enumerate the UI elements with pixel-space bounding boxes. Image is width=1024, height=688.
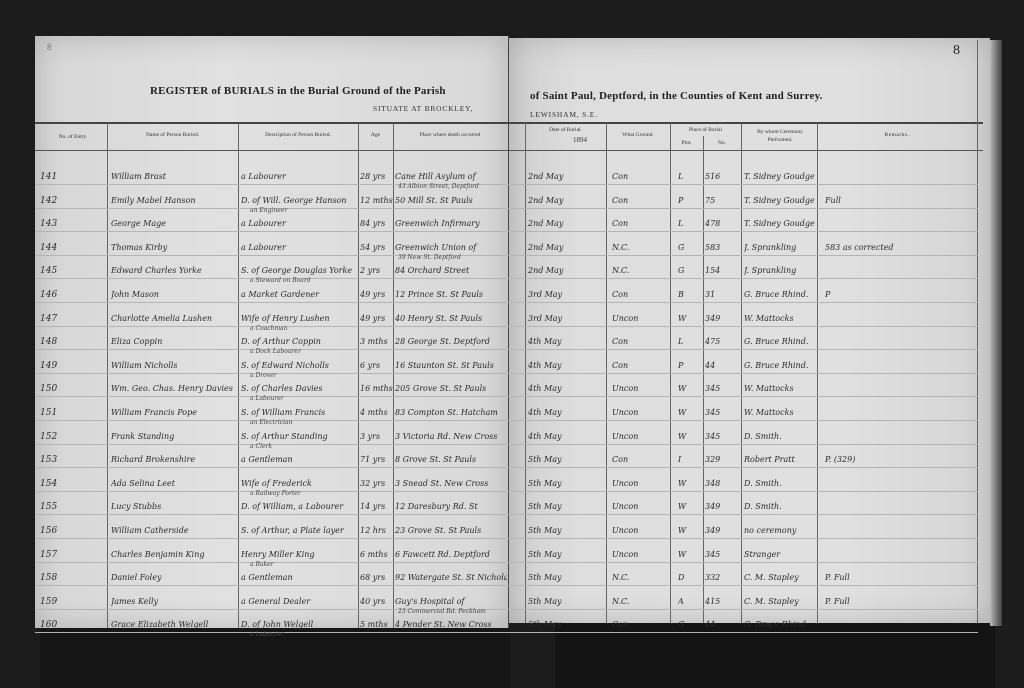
ground: Con — [612, 196, 668, 206]
header-place: Place where death occurred — [393, 131, 507, 139]
officiant: W. Mattocks — [744, 314, 819, 324]
entry-number: 151 — [40, 408, 100, 418]
description: D. of Arthur Coppin — [241, 337, 358, 347]
officiant: Stranger — [744, 550, 819, 560]
officiant: D. Smith. — [744, 479, 819, 489]
ground: Con — [612, 361, 668, 371]
age: 40 yrs — [360, 597, 393, 607]
ground: Uncon — [612, 526, 668, 536]
corner-mark: 8 — [47, 42, 52, 52]
place-of-death: Greenwich Union of — [395, 243, 507, 253]
remarks: P. Full — [825, 573, 975, 583]
plot: L — [678, 219, 702, 229]
burial-date: 4th May — [528, 432, 604, 442]
description: D. of Will. George Hanson — [241, 196, 358, 206]
plot: W — [678, 526, 702, 536]
plot-number: 154 — [705, 266, 739, 276]
place-of-death: Greenwich Infirmary — [395, 219, 507, 229]
place-of-death: 28 George St. Deptford — [395, 337, 507, 347]
entry-number: 160 — [40, 620, 100, 630]
age: 16 mths — [360, 384, 393, 394]
plot: I — [678, 455, 702, 465]
plot-number: 516 — [705, 172, 739, 182]
remarks: Full — [825, 196, 975, 206]
header-description: Description of Person Buried. — [238, 131, 358, 139]
ground: Con — [612, 620, 668, 630]
row-rule — [35, 302, 978, 303]
row-rule — [35, 208, 978, 209]
header-entry: No. of Entry — [40, 133, 105, 141]
entry-number: 156 — [40, 526, 100, 536]
description: Henry Miller King — [241, 550, 358, 560]
person-name: Eliza Coppin — [111, 337, 236, 347]
ground: N.C. — [612, 573, 668, 583]
burial-date: 5th May — [528, 455, 604, 465]
ground: N.C. — [612, 597, 668, 607]
age: 84 yrs — [360, 219, 393, 229]
place-of-death: 12 Daresbury Rd. St — [395, 502, 507, 512]
burial-date: 2nd May — [528, 196, 604, 206]
burial-date: 4th May — [528, 408, 604, 418]
ground: Uncon — [612, 432, 668, 442]
age: 14 yrs — [360, 502, 393, 512]
ground: Con — [612, 337, 668, 347]
description-sub: a Dock Labourer — [250, 347, 355, 357]
header-by-whom: By whom Ceremony Performed. — [750, 128, 810, 144]
plot-number: 345 — [705, 550, 739, 560]
entry-number: 155 — [40, 502, 100, 512]
burial-date: 2nd May — [528, 219, 604, 229]
description: a Labourer — [241, 219, 358, 229]
age: 12 mths — [360, 196, 393, 206]
description: Wife of Frederick — [241, 479, 358, 489]
description-sub: a Steward on Board — [250, 276, 355, 286]
person-name: Wm. Geo. Chas. Henry Davies — [111, 384, 236, 394]
row-rule — [35, 467, 978, 468]
officiant: G. Bruce Rhind. — [744, 337, 819, 347]
age: 49 yrs — [360, 314, 393, 324]
place-of-death: 40 Henry St. St Pauls — [395, 314, 507, 324]
burial-date: 3rd May — [528, 314, 604, 324]
plot: W — [678, 479, 702, 489]
ground: Con — [612, 290, 668, 300]
entry-number: 149 — [40, 361, 100, 371]
person-name: Frank Standing — [111, 432, 236, 442]
entry-number: 154 — [40, 479, 100, 489]
officiant: G. Bruce Rhind. — [744, 620, 819, 630]
plot: G — [678, 266, 702, 276]
remarks: P — [825, 290, 975, 300]
plot-number: 31 — [705, 290, 739, 300]
entry-number: 157 — [40, 550, 100, 560]
place-of-death: Cane Hill Asylum of — [395, 172, 507, 182]
burial-date: 5th May — [528, 479, 604, 489]
place-of-death: 4 Pender St. New Cross — [395, 620, 507, 630]
plot: P — [678, 361, 702, 371]
row-rule — [35, 184, 978, 185]
officiant: W. Mattocks — [744, 384, 819, 394]
burial-date: 2nd May — [528, 243, 604, 253]
description: S. of William Francis — [241, 408, 358, 418]
page-edges — [990, 40, 1002, 626]
plot: A — [678, 597, 702, 607]
header-name: Name of Person Buried. — [107, 131, 238, 139]
ground: Uncon — [612, 479, 668, 489]
entry-number: 141 — [40, 172, 100, 182]
entry-number: 148 — [40, 337, 100, 347]
person-name: Grace Elizabeth Welgell — [111, 620, 236, 630]
plot-number: 345 — [705, 432, 739, 442]
col-rule — [358, 123, 359, 628]
person-name: George Mage — [111, 219, 236, 229]
age: 3 mths — [360, 337, 393, 347]
parish-title: of Saint Paul, Deptford, in the Counties… — [530, 90, 823, 102]
place-of-death: 6 Fawcett Rd. Deptford — [395, 550, 507, 560]
person-name: Daniel Foley — [111, 573, 236, 583]
plot-number: 329 — [705, 455, 739, 465]
col-rule — [703, 136, 704, 623]
officiant: C. M. Stapley — [744, 597, 819, 607]
row-rule — [35, 255, 978, 256]
age: 4 mths — [360, 408, 393, 418]
description-sub: a Drover — [250, 371, 355, 381]
plot-number: 345 — [705, 384, 739, 394]
plot: D — [678, 573, 702, 583]
entry-number: 144 — [40, 243, 100, 253]
row-rule — [35, 396, 978, 397]
row-rule — [35, 420, 978, 421]
burial-date: 2nd May — [528, 266, 604, 276]
officiant: G. Bruce Rhind. — [744, 361, 819, 371]
entry-number: 143 — [40, 219, 100, 229]
header-no: No. — [703, 139, 741, 147]
plot-number: 349 — [705, 314, 739, 324]
col-rule — [393, 123, 394, 628]
age: 28 yrs — [360, 172, 393, 182]
district-label: LEWISHAM, S.E. — [530, 110, 598, 119]
person-name: Charles Benjamin King — [111, 550, 236, 560]
person-name: William Brast — [111, 172, 236, 182]
age: 71 yrs — [360, 455, 393, 465]
age: 68 yrs — [360, 573, 393, 583]
place-of-death: 83 Compton St. Hatcham — [395, 408, 507, 418]
plot-number: 348 — [705, 479, 739, 489]
description: a Market Gardener — [241, 290, 358, 300]
burial-date: 5th May — [528, 597, 604, 607]
header-year: 1894 — [560, 136, 600, 144]
description: S. of George Douglas Yorke — [241, 266, 358, 276]
plot: W — [678, 384, 702, 394]
plot: W — [678, 550, 702, 560]
ground: Uncon — [612, 314, 668, 324]
situate-label: SITUATE AT BROCKLEY, — [373, 104, 473, 113]
officiant: J. Sprankling — [744, 243, 819, 253]
description: a Labourer — [241, 243, 358, 253]
plot: B — [678, 290, 702, 300]
ground: Uncon — [612, 384, 668, 394]
officiant: Robert Pratt — [744, 455, 819, 465]
row-rule — [35, 585, 978, 586]
age: 12 hrs — [360, 526, 393, 536]
burial-date: 4th May — [528, 361, 604, 371]
entry-number: 150 — [40, 384, 100, 394]
plot: W — [678, 432, 702, 442]
person-name: William Nicholls — [111, 361, 236, 371]
burial-date: 2nd May — [528, 172, 604, 182]
burial-date: 4th May — [528, 384, 604, 394]
header-bottom-rule — [35, 150, 983, 151]
age: 2 yrs — [360, 266, 393, 276]
header-plot: Plot. — [670, 139, 703, 147]
plot-number: 415 — [705, 597, 739, 607]
description: S. of Arthur Standing — [241, 432, 358, 442]
place-of-death: Guy's Hospital of — [395, 597, 507, 607]
place-of-death: 3 Victoria Rd. New Cross — [395, 432, 507, 442]
ground: Uncon — [612, 502, 668, 512]
officiant: G. Bruce Rhind. — [744, 290, 819, 300]
description-sub: a Railway Porter — [250, 489, 355, 499]
age: 49 yrs — [360, 290, 393, 300]
officiant: W. Mattocks — [744, 408, 819, 418]
col-rule — [107, 123, 108, 628]
description: a Gentleman — [241, 573, 358, 583]
row-rule — [35, 538, 978, 539]
entry-number: 153 — [40, 455, 100, 465]
header-ground: What Ground. — [606, 131, 670, 139]
officiant: J. Sprankling — [744, 266, 819, 276]
plot-number: 332 — [705, 573, 739, 583]
entry-number: 142 — [40, 196, 100, 206]
officiant: T. Sidney Goudge — [744, 172, 819, 182]
age: 6 yrs — [360, 361, 393, 371]
row-rule — [35, 373, 978, 374]
page-number: 8 — [953, 43, 960, 59]
row-rule — [35, 609, 978, 610]
header-age: Age — [358, 131, 393, 139]
burial-date: 5th May — [528, 620, 604, 630]
officiant: D. Smith. — [744, 432, 819, 442]
officiant: T. Sidney Goudge — [744, 219, 819, 229]
person-name: William Francis Pope — [111, 408, 236, 418]
description-sub: a Labourer — [250, 394, 355, 404]
place-of-death-sub: 39 New St. Deptford — [398, 253, 506, 263]
register-title: REGISTER of BURIALS in the Burial Ground… — [150, 85, 446, 97]
ground: Uncon — [612, 408, 668, 418]
description: a General Dealer — [241, 597, 358, 607]
entry-number: 152 — [40, 432, 100, 442]
burial-date: 5th May — [528, 526, 604, 536]
person-name: James Kelly — [111, 597, 236, 607]
place-of-death-sub: 23 Commercial Rd. Peckham — [398, 607, 506, 617]
plot: L — [678, 337, 702, 347]
description-sub: an Electrician — [250, 418, 355, 428]
age: 5 mths — [360, 620, 393, 630]
place-of-death: 16 Staunton St. St Pauls — [395, 361, 507, 371]
officiant: D. Smith. — [744, 502, 819, 512]
ground: Uncon — [612, 550, 668, 560]
burial-date: 5th May — [528, 573, 604, 583]
plot-number: 349 — [705, 502, 739, 512]
place-of-death: 92 Watergate St. St Nicholas — [395, 573, 507, 583]
remarks: P. Full — [825, 597, 975, 607]
person-name: Charlotte Amelia Lushen — [111, 314, 236, 324]
description: S. of Arthur, a Plate layer — [241, 526, 358, 536]
row-rule — [35, 326, 978, 327]
description: S. of Edward Nicholls — [241, 361, 358, 371]
plot-number: 75 — [705, 196, 739, 206]
plot-number: 475 — [705, 337, 739, 347]
person-name: Richard Brokenshire — [111, 455, 236, 465]
header-top-rule — [35, 122, 983, 124]
plot-number: 345 — [705, 408, 739, 418]
age: 54 yrs — [360, 243, 393, 253]
person-name: Ada Selina Leet — [111, 479, 236, 489]
place-of-death: 23 Grove St. St Pauls — [395, 526, 507, 536]
ground: N.C. — [612, 266, 668, 276]
row-rule — [35, 278, 978, 279]
remarks: 583 as corrected — [825, 243, 975, 253]
burial-date: 5th May — [528, 550, 604, 560]
description-sub: a Coachman — [250, 324, 355, 334]
remarks: P. (329) — [825, 455, 975, 465]
entry-number: 147 — [40, 314, 100, 324]
burial-date: 4th May — [528, 337, 604, 347]
description: a Labourer — [241, 172, 358, 182]
plot: L — [678, 172, 702, 182]
header-place-of-burial: Place of Burial — [670, 126, 741, 134]
person-name: Lucy Stubbs — [111, 502, 236, 512]
entry-number: 158 — [40, 573, 100, 583]
ground: Con — [612, 172, 668, 182]
place-of-death: 50 Mill St. St Pauls — [395, 196, 507, 206]
description: D. of William, a Labourer — [241, 502, 358, 512]
entry-number: 145 — [40, 266, 100, 276]
description: Wife of Henry Lushen — [241, 314, 358, 324]
description: a Gentleman — [241, 455, 358, 465]
plot-number: 478 — [705, 219, 739, 229]
person-name: William Catherside — [111, 526, 236, 536]
officiant: T. Sidney Goudge — [744, 196, 819, 206]
gutter-line — [508, 36, 509, 628]
plot-number: 583 — [705, 243, 739, 253]
row-rule — [35, 562, 978, 563]
burial-date: 5th May — [528, 502, 604, 512]
row-rule — [35, 491, 978, 492]
plot: W — [678, 408, 702, 418]
row-rule — [35, 514, 978, 515]
description: S. of Charles Davies — [241, 384, 358, 394]
plot: W — [678, 314, 702, 324]
place-of-death: 84 Orchard Street — [395, 266, 507, 276]
row-rule — [35, 231, 978, 232]
place-of-death: 3 Snead St. New Cross — [395, 479, 507, 489]
plot-number: 44 — [705, 620, 739, 630]
person-name: Edward Charles Yorke — [111, 266, 236, 276]
description-sub: a Baker — [250, 560, 355, 570]
ground: N.C. — [612, 243, 668, 253]
header-date: Date of Burial. — [525, 126, 606, 134]
plot-number: 44 — [705, 361, 739, 371]
row-rule — [35, 349, 978, 350]
plot: G — [678, 620, 702, 630]
description-sub: an Engineer — [250, 206, 355, 216]
description: D. of John Welgell — [241, 620, 358, 630]
entry-number: 159 — [40, 597, 100, 607]
place-of-death: 8 Grove St. St Pauls — [395, 455, 507, 465]
plot: G — [678, 243, 702, 253]
place-of-death-sub: 43 Albion Street, Deptford — [398, 182, 506, 192]
col-rule — [238, 123, 239, 628]
officiant: no ceremony — [744, 526, 819, 536]
row-rule — [35, 444, 978, 445]
entry-number: 146 — [40, 290, 100, 300]
burial-date: 3rd May — [528, 290, 604, 300]
age: 6 mths — [360, 550, 393, 560]
plot: W — [678, 502, 702, 512]
place-of-death: 205 Grove St. St Pauls — [395, 384, 507, 394]
age: 32 yrs — [360, 479, 393, 489]
ground: Con — [612, 455, 668, 465]
person-name: John Mason — [111, 290, 236, 300]
col-rule — [977, 40, 978, 623]
officiant: C. M. Stapley — [744, 573, 819, 583]
row-rule — [35, 632, 978, 633]
age: 3 yrs — [360, 432, 393, 442]
description-sub: a Clerk — [250, 442, 355, 452]
description-sub: a Labourer — [250, 630, 355, 640]
header-remarks: Remarks. — [817, 131, 977, 139]
ground: Con — [612, 219, 668, 229]
place-of-death: 12 Prince St. St Pauls — [395, 290, 507, 300]
plot: P — [678, 196, 702, 206]
person-name: Thomas Kirby — [111, 243, 236, 253]
plot-number: 349 — [705, 526, 739, 536]
person-name: Emily Mabel Hanson — [111, 196, 236, 206]
